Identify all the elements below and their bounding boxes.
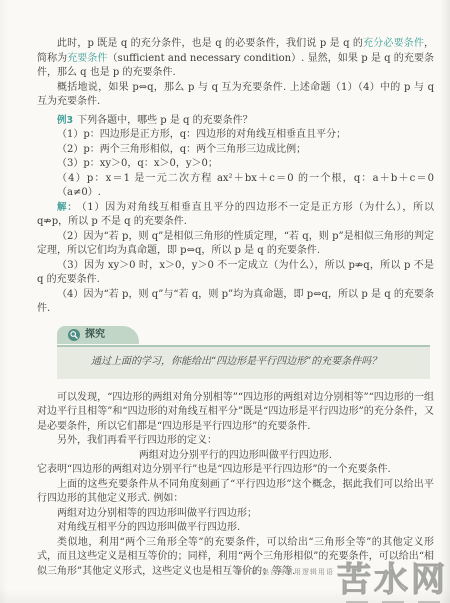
term-sufficient-necessary: 充分必要条件: [363, 38, 424, 49]
page-footer: 第一章 集合与常用逻辑用语: [235, 567, 334, 577]
alt-definition-1: 两组对边分别相等的四边形叫做平行四边形；: [57, 507, 434, 522]
solution-step-1-text: （1）因为对角线互相垂直且平分的四边形不一定是正方形（为什么），所以 q⇏p，所…: [37, 202, 434, 228]
solution-step-1: 解：（1）因为对角线互相垂直且平分的四边形不一定是正方形（为什么），所以 q⇏p…: [37, 201, 434, 230]
discussion-paragraph-2: 另外，我们再看平行四边形的定义：: [37, 434, 434, 449]
example-item-2: （2）p：两个三角形相似，q：两个三角形三边成比例；: [57, 143, 434, 158]
textbook-page: 此时，p 既是 q 的充分条件，也是 q 的必要条件，我们说 p 是 q 的充分…: [0, 0, 450, 603]
solution-step-2: （2）因为“若 p，则 q”是相似三角形的性质定理，“若 q，则 p”是相似三角…: [37, 230, 434, 259]
discussion-paragraph-3: 它表明“四边形的两组对边分别平行”也是“四边形是平行四边形”的一个充要条件.: [37, 463, 434, 478]
example-prompt: 下列各题中，哪些 p 是 q 的充要条件？: [77, 115, 253, 126]
footer-chapter-title: 第一章 集合与常用逻辑用语: [235, 568, 334, 576]
solution-label: 解：: [57, 202, 78, 213]
explore-tab: 探究: [57, 326, 139, 345]
example-label: 例3: [57, 115, 73, 126]
solution-step-4: （4）因为“若 p，则 q”与“若 q，则 p”均为真命题，即 p⇔q，所以 p…: [37, 288, 434, 317]
explore-tab-label: 探究: [85, 328, 105, 343]
discussion-paragraph-4: 上面的这些充要条件从不同角度刻画了“平行四边形”这个概念，据此我们可以给出平行四…: [37, 478, 434, 507]
page-content: 此时，p 既是 q 的充分条件，也是 q 的必要条件，我们说 p 是 q 的充分…: [37, 37, 434, 579]
explore-body: 通过上面的学习，你能给出“四边形是平行四边形”的充要条件吗？: [57, 345, 430, 379]
paragraph-summary: 概括地说，如果 p⇔q，那么 p 与 q 互为充要条件. 上述命题（1）（4）中…: [37, 81, 434, 110]
term-chongyao-tiaojian: 充要条件: [67, 53, 107, 64]
alt-definition-2: 对角线互相平分的四边形叫做平行四边形.: [57, 521, 434, 536]
intro-text-1: 此时，p 既是 q 的充分条件，也是 q 的必要条件，我们说 p 是 q 的: [57, 38, 363, 49]
paragraph-intro: 此时，p 既是 q 的充分条件，也是 q 的必要条件，我们说 p 是 q 的充分…: [37, 37, 434, 81]
watermark: 苦水网: [337, 563, 448, 597]
example-heading: 例3下列各题中，哪些 p 是 q 的充要条件？: [37, 114, 434, 129]
explore-question: 通过上面的学习，你能给出“四边形是平行四边形”的充要条件吗？: [71, 355, 416, 370]
discussion-paragraph-1: 可以发现，“四边形的两组对角分别相等”“四边形的两组对边分别相等”“四边形的一组…: [37, 391, 434, 435]
parallelogram-definition: 两组对边分别平行的四边形叫做平行四边形.: [37, 449, 434, 464]
solution-step-3: （3）因为 xy＞0 时，x＞0，y＞0 不一定成立（为什么），所以 p⇏q，所…: [37, 259, 434, 288]
magnifier-icon: [68, 329, 80, 341]
example-item-1: （1）p：四边形是正方形，q：四边形的对角线互相垂直且平分；: [57, 128, 434, 143]
example-item-4: （4）p：x＝1 是一元二次方程 ax²＋bx＋c＝0 的一个根，q：a＋b＋c…: [57, 172, 434, 201]
example-item-3: （3）p：xy＞0，q：x＞0，y＞0；: [57, 157, 434, 172]
explore-box: 探究 通过上面的学习，你能给出“四边形是平行四边形”的充要条件吗？: [57, 325, 430, 379]
